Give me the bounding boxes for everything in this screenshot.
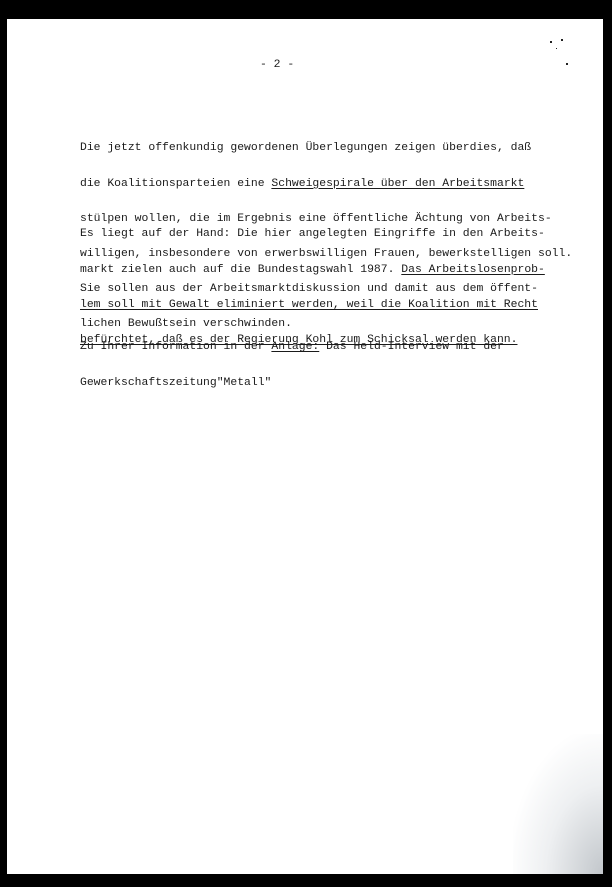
underlined-text: Anlage: xyxy=(271,341,319,353)
text-segment: Zu Ihrer Information in der xyxy=(80,341,271,353)
page-number: - 2 - xyxy=(260,59,294,71)
text-line: Die jetzt offenkundig gewordenen Überleg… xyxy=(80,143,572,155)
paragraph-enclosure-note: Zu Ihrer Information in der Anlage: Das … xyxy=(80,319,504,413)
scan-speck xyxy=(561,39,563,41)
scan-speck xyxy=(566,63,568,65)
text-line: markt zielen auch auf die Bundestagswahl… xyxy=(80,265,545,277)
text-segment: Die jetzt offenkundig gewordenen Überleg… xyxy=(80,142,531,154)
text-segment: Das Held-Interview mit der xyxy=(319,341,504,353)
underlined-text: Das Arbeitslosenprob- xyxy=(401,264,545,276)
text-segment: Gewerkschaftszeitung"Metall" xyxy=(80,377,271,389)
scan-speck xyxy=(550,41,552,43)
underlined-text: Schweigespirale über den Arbeitsmarkt xyxy=(271,178,524,190)
text-line: lem soll mit Gewalt eliminiert werden, w… xyxy=(80,300,545,312)
text-segment: Es liegt auf der Hand: Die hier angelegt… xyxy=(80,228,545,240)
text-segment: die Koalitionsparteien eine xyxy=(80,178,271,190)
text-line: Es liegt auf der Hand: Die hier angelegt… xyxy=(80,229,545,241)
scan-speck xyxy=(556,48,557,49)
text-line: Zu Ihrer Information in der Anlage: Das … xyxy=(80,342,504,354)
scanned-page: - 2 - Die jetzt offenkundig gewordenen Ü… xyxy=(7,19,603,874)
text-line: die Koalitionsparteien eine Schweigespir… xyxy=(80,179,572,191)
text-segment: markt zielen auch auf die Bundestagswahl… xyxy=(80,264,401,276)
text-line: Gewerkschaftszeitung"Metall" xyxy=(80,378,504,390)
underlined-text: lem soll mit Gewalt eliminiert werden, w… xyxy=(80,299,538,311)
scan-noise xyxy=(513,734,603,874)
